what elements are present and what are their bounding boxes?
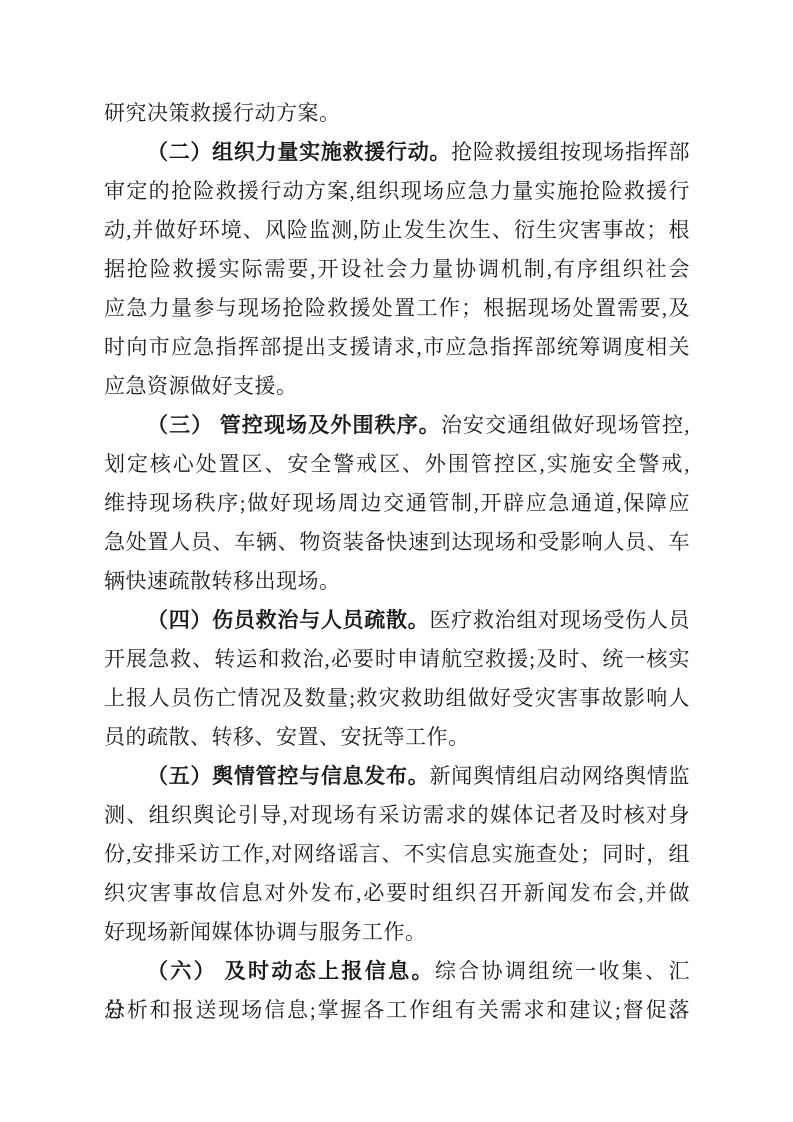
section-heading-text: （三） 管控现场及外围秩序。 bbox=[147, 413, 441, 437]
body-text: 动,并做好环境、风险监测,防止发生次生、衍生灾害事故；根 bbox=[104, 218, 690, 242]
text-line: （五）舆情管控与信息发布。新闻舆情组启动网络舆情监 bbox=[104, 757, 690, 796]
text-line: （三） 管控现场及外围秩序。治安交通组做好现场管控, bbox=[104, 406, 690, 445]
text-line: （六） 及时动态上报信息。综合协调组统一收集、汇总、 bbox=[104, 952, 690, 991]
section-heading-text: （六） 及时动态上报信息。 bbox=[147, 959, 435, 983]
body-text: 辆快速疏散转移出现场。 bbox=[104, 569, 341, 593]
body-text: 据抢险救援实际需要,开设社会力量协调机制,有序组织社会 bbox=[104, 257, 690, 281]
body-text: 上报人员伤亡情况及数量;救灾救助组做好受灾害事故影响人 bbox=[104, 686, 690, 710]
text-line: 好现场新闻媒体协调与服务工作。 bbox=[104, 913, 690, 952]
text-line: 份,安排采访工作,对网络谣言、不实信息实施查处；同时，组 bbox=[104, 835, 690, 874]
body-text: 研究决策救援行动方案。 bbox=[104, 101, 341, 125]
body-text: 织灾害事故信息对外发布,必要时组织召开新闻发布会,并做 bbox=[104, 881, 690, 905]
text-line: 测、组织舆论引导,对现场有采访需求的媒体记者及时核对身 bbox=[104, 796, 690, 835]
body-text: 审定的抢险救援行动方案,组织现场应急力量实施抢险救援行 bbox=[104, 179, 690, 203]
body-text: 员的疏散、转移、安置、安抚等工作。 bbox=[104, 725, 470, 749]
text-line: 应急力量参与现场抢险救援处置工作；根据现场处置需要,及 bbox=[104, 289, 690, 328]
text-line: 应急资源做好支援。 bbox=[104, 367, 690, 406]
body-text: 分析和报送现场信息;掌握各工作组有关需求和建议;督促落 bbox=[104, 998, 690, 1022]
text-line: 上报人员伤亡情况及数量;救灾救助组做好受灾害事故影响人 bbox=[104, 679, 690, 718]
body-text: 开展急救、转运和救治,必要时申请航空救援;及时、统一核实 bbox=[104, 647, 690, 671]
section-heading-text: （五）舆情管控与信息发布。 bbox=[147, 764, 429, 788]
text-line: 划定核心处置区、安全警戒区、外围管控区,实施安全警戒, bbox=[104, 445, 690, 484]
text-line: 开展急救、转运和救治,必要时申请航空救援;及时、统一核实 bbox=[104, 640, 690, 679]
text-line: （二）组织力量实施救援行动。抢险救援组按现场指挥部 bbox=[104, 133, 690, 172]
text-line: 据抢险救援实际需要,开设社会力量协调机制,有序组织社会 bbox=[104, 250, 690, 289]
body-text: 新闻舆情组启动网络舆情监 bbox=[429, 764, 690, 788]
section-heading-text: （四）伤员救治与人员疏散。 bbox=[147, 608, 429, 632]
text-line: 动,并做好环境、风险监测,防止发生次生、衍生灾害事故；根 bbox=[104, 211, 690, 250]
body-text: 份,安排采访工作,对网络谣言、不实信息实施查处；同时，组 bbox=[104, 842, 690, 866]
text-line: 分析和报送现场信息;掌握各工作组有关需求和建议;督促落 bbox=[104, 991, 690, 1030]
body-text: 测、组织舆论引导,对现场有采访需求的媒体记者及时核对身 bbox=[104, 803, 690, 827]
body-text: 医疗救治组对现场受伤人员 bbox=[429, 608, 690, 632]
text-line: 辆快速疏散转移出现场。 bbox=[104, 562, 690, 601]
body-text: 应急资源做好支援。 bbox=[104, 374, 298, 398]
body-text: 维持现场秩序;做好现场周边交通管制,开辟应急通道,保障应 bbox=[104, 491, 690, 515]
text-line: 急处置人员、车辆、物资装备快速到达现场和受影响人员、车 bbox=[104, 523, 690, 562]
text-line: （四）伤员救治与人员疏散。医疗救治组对现场受伤人员 bbox=[104, 601, 690, 640]
body-text: 治安交通组做好现场管控, bbox=[441, 413, 690, 437]
text-line: 审定的抢险救援行动方案,组织现场应急力量实施抢险救援行 bbox=[104, 172, 690, 211]
text-line: 研究决策救援行动方案。 bbox=[104, 94, 690, 133]
body-text: 急处置人员、车辆、物资装备快速到达现场和受影响人员、车 bbox=[104, 530, 690, 554]
body-text: 抢险救援组按现场指挥部 bbox=[451, 140, 690, 164]
text-line: 时向市应急指挥部提出支援请求,市应急指挥部统筹调度相关 bbox=[104, 328, 690, 367]
body-text: 应急力量参与现场抢险救援处置工作；根据现场处置需要,及 bbox=[104, 296, 690, 320]
document-body: 研究决策救援行动方案。（二）组织力量实施救援行动。抢险救援组按现场指挥部审定的抢… bbox=[104, 94, 690, 1030]
text-line: 维持现场秩序;做好现场周边交通管制,开辟应急通道,保障应 bbox=[104, 484, 690, 523]
document-page: 研究决策救援行动方案。（二）组织力量实施救援行动。抢险救援组按现场指挥部审定的抢… bbox=[0, 0, 793, 1122]
body-text: 时向市应急指挥部提出支援请求,市应急指挥部统筹调度相关 bbox=[104, 335, 690, 359]
text-line: 织灾害事故信息对外发布,必要时组织召开新闻发布会,并做 bbox=[104, 874, 690, 913]
body-text: 划定核心处置区、安全警戒区、外围管控区,实施安全警戒, bbox=[104, 452, 690, 476]
section-heading-text: （二）组织力量实施救援行动。 bbox=[147, 140, 451, 164]
body-text: 好现场新闻媒体协调与服务工作。 bbox=[104, 920, 427, 944]
text-line: 员的疏散、转移、安置、安抚等工作。 bbox=[104, 718, 690, 757]
